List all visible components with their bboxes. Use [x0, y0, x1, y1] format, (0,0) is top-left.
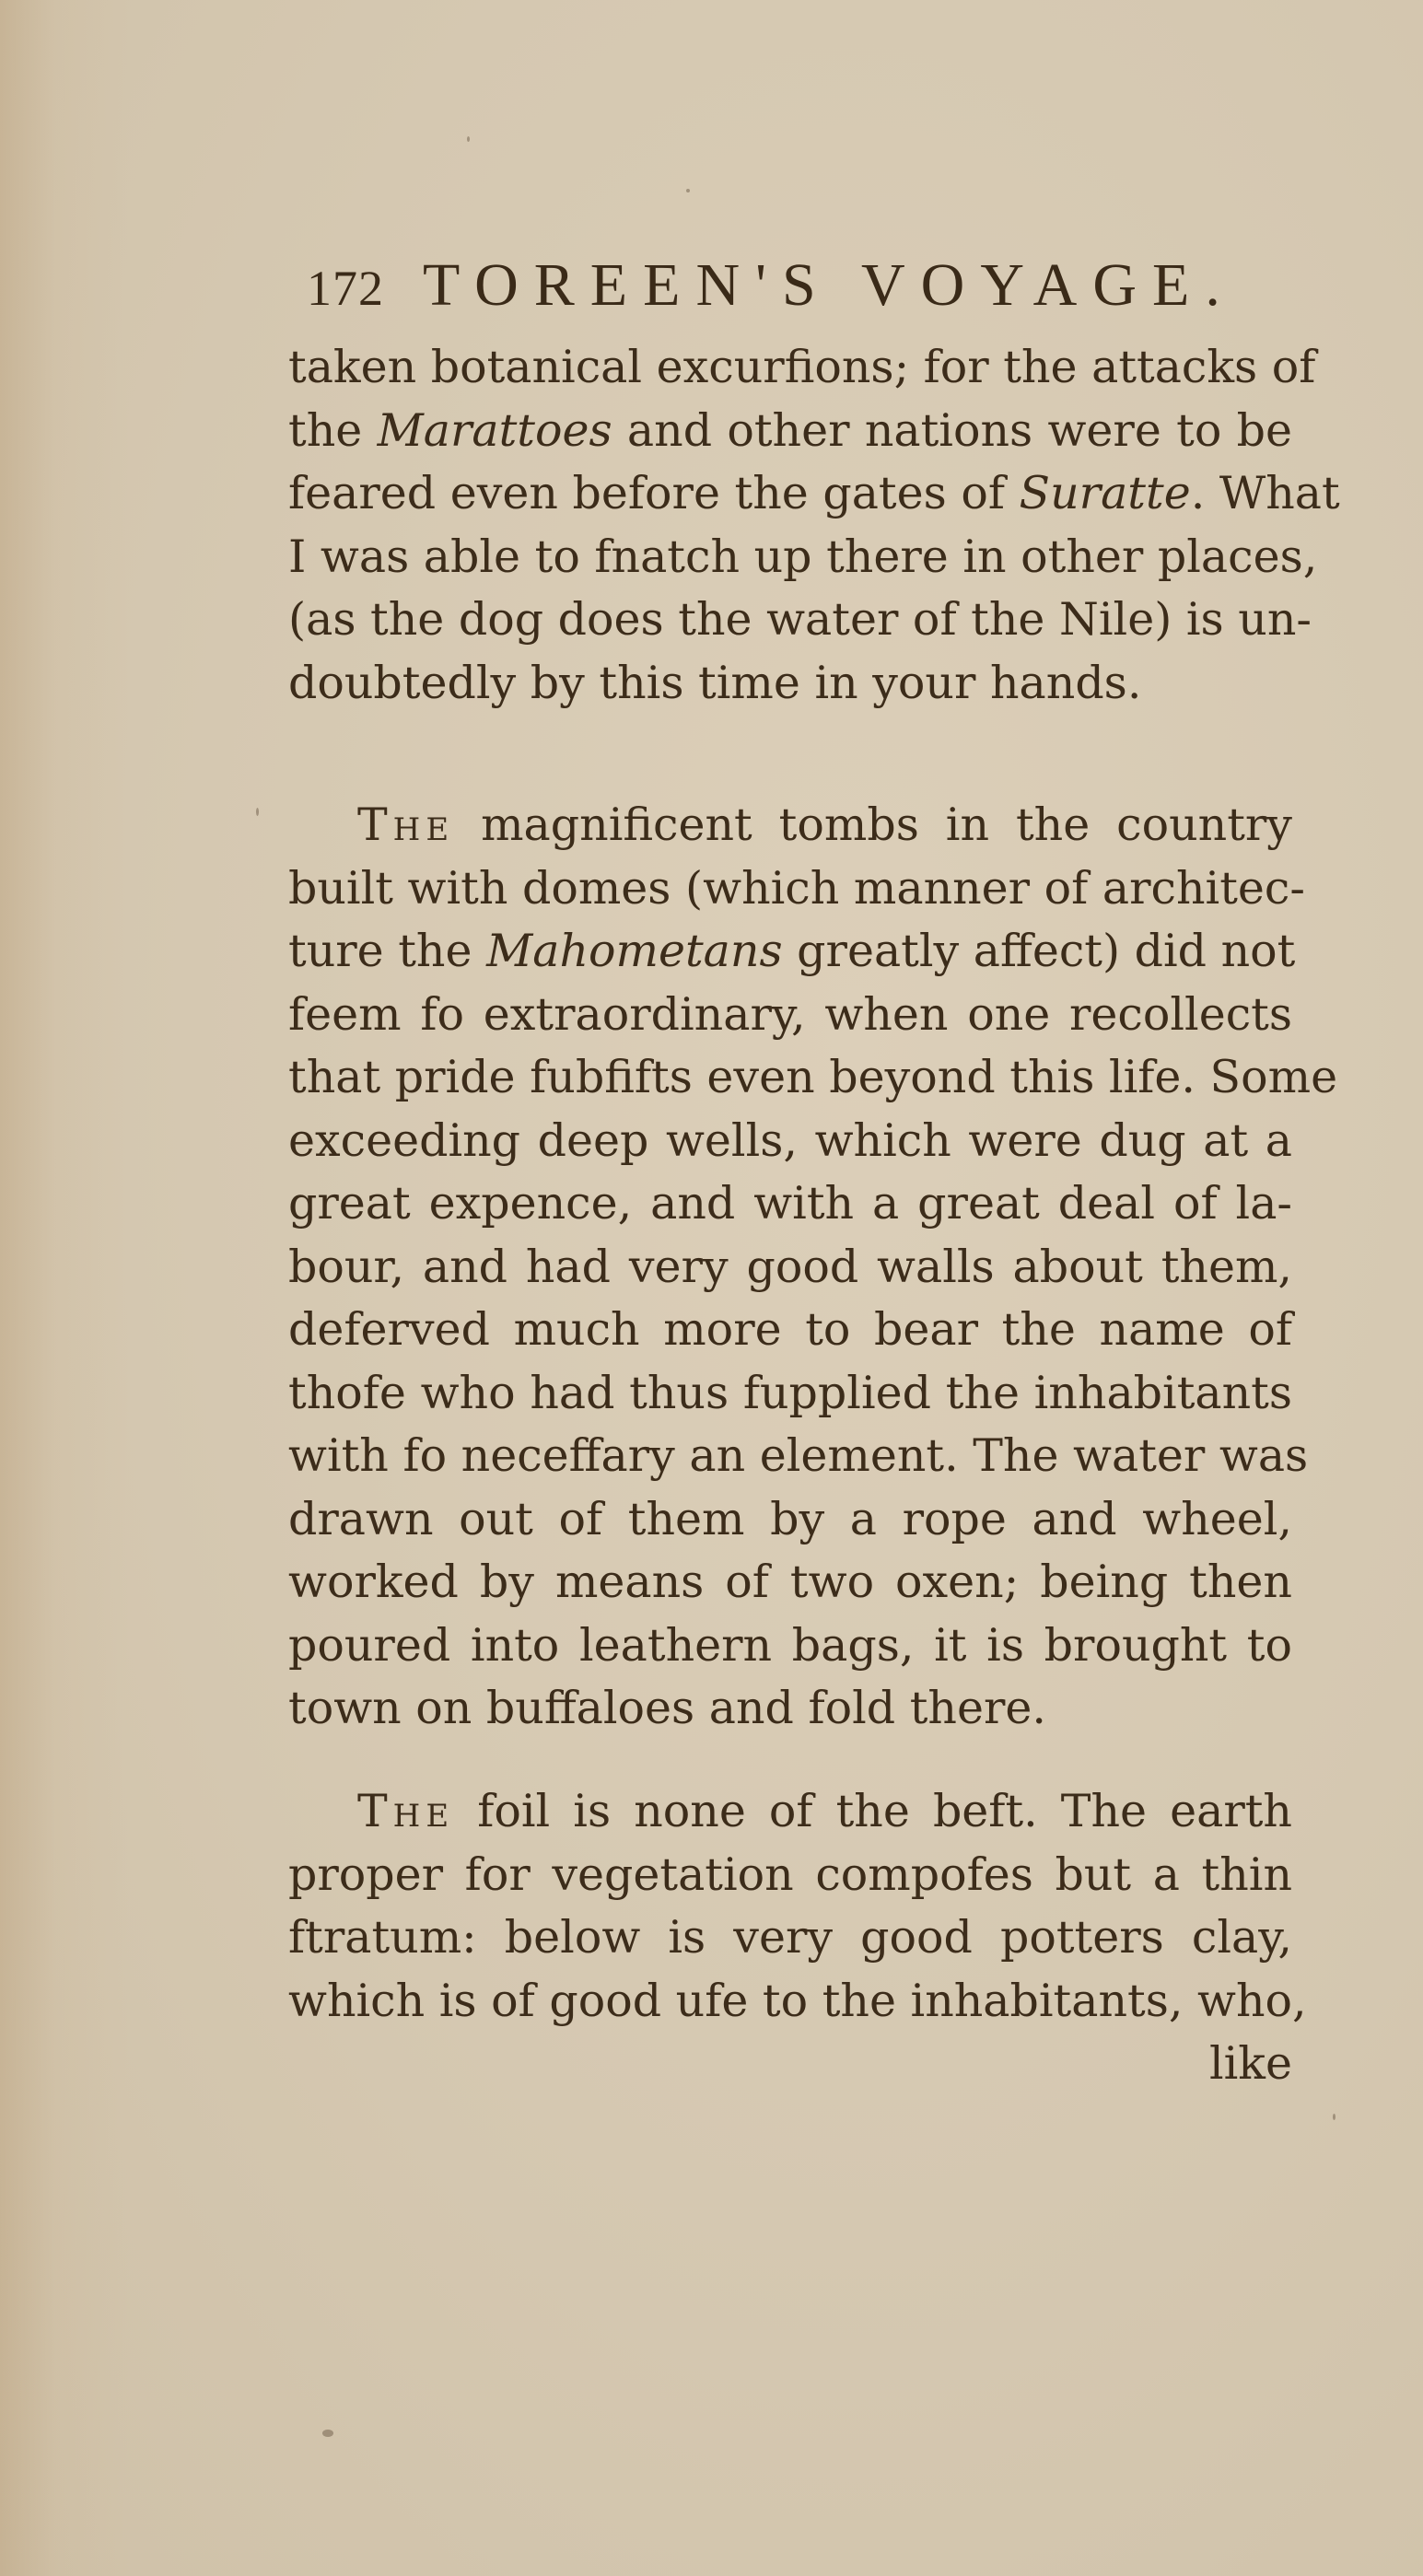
text-line: worked by means of two oxen; being then — [288, 1551, 1292, 1614]
paper-speck — [256, 808, 259, 816]
text-line: deferved much more to bear the name of — [288, 1299, 1292, 1362]
page-number: 172 — [307, 260, 384, 317]
text-line: poured into leathern bags, it is brought… — [288, 1614, 1292, 1678]
small-caps-opening: The — [357, 798, 454, 851]
paragraph-2: The magnificent tombs in the country bui… — [288, 794, 1292, 1741]
text-line: which is of good ufe to the inhabitants,… — [288, 1970, 1292, 2034]
text-line: The foil is none of the beft. The earth — [288, 1780, 1292, 1844]
text-line: proper for vegetation compofes but a thi… — [288, 1844, 1292, 1907]
paragraph-3: The foil is none of the beft. The earth … — [288, 1780, 1292, 2096]
text-line: the Marattoes and other nations were to … — [288, 400, 1292, 463]
catchword: like — [288, 2033, 1292, 2096]
italic-term: Suratte — [1020, 467, 1191, 519]
paragraph-1: taken botanical excurfions; for the atta… — [288, 336, 1292, 715]
text-line: built with domes (which manner of archit… — [288, 857, 1292, 921]
text-line: ture the Mahometans greatly affect) did … — [288, 920, 1292, 984]
text-line: that pride fubfifts even beyond this lif… — [288, 1046, 1292, 1110]
text-line: The magnificent tombs in the country — [288, 794, 1292, 857]
paper-speck — [467, 136, 470, 142]
text-line: with fo neceffary an element. The water … — [288, 1425, 1292, 1488]
running-head: 172 TOREEN'S VOYAGE. — [307, 251, 1301, 321]
text-line: drawn out of them by a rope and wheel, — [288, 1488, 1292, 1552]
text-line: thofe who had thus fupplied the inhabita… — [288, 1362, 1292, 1426]
text-line: feared even before the gates of Suratte.… — [288, 462, 1292, 526]
running-title: TOREEN'S VOYAGE. — [423, 251, 1236, 321]
paper-speck — [686, 189, 690, 192]
paper-speck — [322, 2430, 333, 2437]
text-line: (as the dog does the water of the Nile) … — [288, 589, 1292, 652]
text-line: I was able to fnatch up there in other p… — [288, 526, 1292, 589]
text-line: town on buffaloes and fold there. — [288, 1677, 1292, 1741]
text-line: taken botanical excurfions; for the atta… — [288, 336, 1292, 400]
text-line: doubtedly by this time in your hands. — [288, 652, 1292, 716]
small-caps-opening: The — [357, 1785, 454, 1837]
text-line: ftratum: below is very good potters clay… — [288, 1906, 1292, 1970]
italic-term: Mahometans — [486, 925, 783, 977]
text-line: bour, and had very good walls about them… — [288, 1236, 1292, 1300]
text-line: feem fo extraordinary, when one recollec… — [288, 984, 1292, 1047]
text-line: great expence, and with a great deal of … — [288, 1172, 1292, 1236]
book-page: 172 TOREEN'S VOYAGE. taken botanical exc… — [0, 0, 1423, 2576]
text-line: exceeding deep wells, which were dug at … — [288, 1110, 1292, 1173]
italic-term: Marattoes — [378, 404, 612, 457]
paper-speck — [1333, 2114, 1336, 2120]
